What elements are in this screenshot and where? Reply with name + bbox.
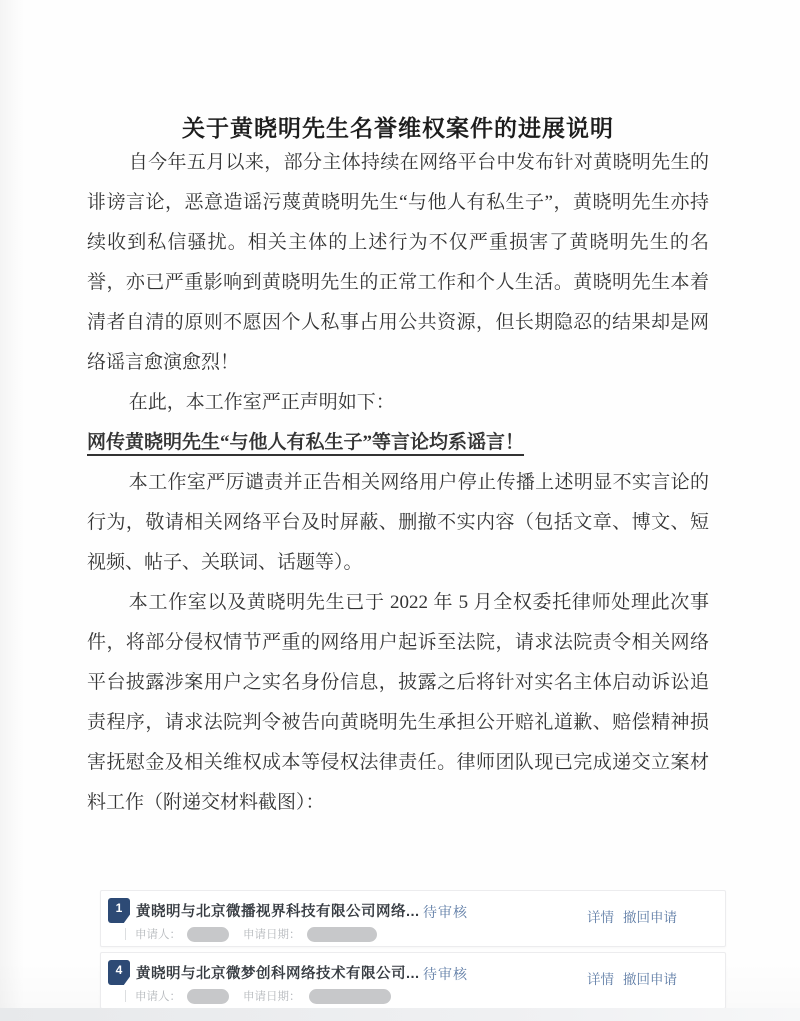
statement-body: 关于黄晓明先生名誉维权案件的进展说明 自今年五月以来，部分主体持续在网络平台中发…: [87, 0, 709, 823]
applicant-label: 申请人：: [135, 988, 181, 1004]
case-actions: 详情 撤回申请: [587, 968, 677, 988]
withdraw-application-link[interactable]: 撤回申请: [623, 968, 677, 988]
redacted-applicant-value: [187, 927, 229, 942]
case-number-badge: 4: [108, 960, 130, 985]
case-meta-row: 申请人： 申请日期：: [125, 988, 391, 1004]
paragraph-legal-action: 本工作室以及黄晓明先生已于 2022 年 5 月全权委托律师处理此次事件，将部分…: [87, 583, 709, 823]
divider: [125, 928, 126, 940]
underlined-statement: 网传黄晓明先生“与他人有私生子”等言论均系谣言！: [87, 432, 524, 453]
application-date-label: 申请日期：: [243, 988, 301, 1004]
case-card-1[interactable]: 1 黄晓明与北京微播视界科技有限公司网络... 待审核 详情 撤回申请 申请人：…: [100, 890, 726, 947]
redacted-applicant-value: [187, 989, 229, 1004]
divider: [125, 990, 126, 1002]
case-number-badge: 1: [108, 898, 130, 923]
status-badge: 待审核: [423, 902, 468, 922]
paragraph-declaration-lead: 在此，本工作室严正声明如下：: [87, 383, 709, 423]
document-page: 关于黄晓明先生名誉维权案件的进展说明 自今年五月以来，部分主体持续在网络平台中发…: [0, 0, 800, 1021]
page-title: 关于黄晓明先生名誉维权案件的进展说明: [87, 110, 709, 143]
paragraph-rumor-statement: 网传黄晓明先生“与他人有私生子”等言论均系谣言！: [87, 423, 709, 463]
paragraph-intro: 自今年五月以来，部分主体持续在网络平台中发布针对黄晓明先生的诽谤言论，恶意造谣污…: [87, 143, 709, 383]
status-badge: 待审核: [423, 964, 468, 984]
bottom-edge-shading: [0, 1008, 800, 1021]
paragraph-condemnation: 本工作室严厉谴责并正告相关网络用户停止传播上述明显不实言论的行为，敬请相关网络平…: [87, 463, 709, 583]
case-title: 黄晓明与北京微梦创科网络技术有限公司...: [136, 962, 420, 983]
case-title: 黄晓明与北京微播视界科技有限公司网络...: [136, 900, 420, 921]
application-date-label: 申请日期：: [243, 926, 301, 942]
withdraw-application-link[interactable]: 撤回申请: [623, 906, 677, 926]
redacted-date-value: [307, 927, 377, 942]
applicant-label: 申请人：: [135, 926, 181, 942]
case-actions: 详情 撤回申请: [587, 906, 677, 926]
detail-link[interactable]: 详情: [587, 968, 614, 988]
case-card-2[interactable]: 4 黄晓明与北京微梦创科网络技术有限公司... 待审核 详情 撤回申请 申请人：…: [100, 952, 726, 1009]
detail-link[interactable]: 详情: [587, 906, 614, 926]
redacted-date-value: [309, 989, 391, 1004]
case-meta-row: 申请人： 申请日期：: [125, 926, 377, 942]
